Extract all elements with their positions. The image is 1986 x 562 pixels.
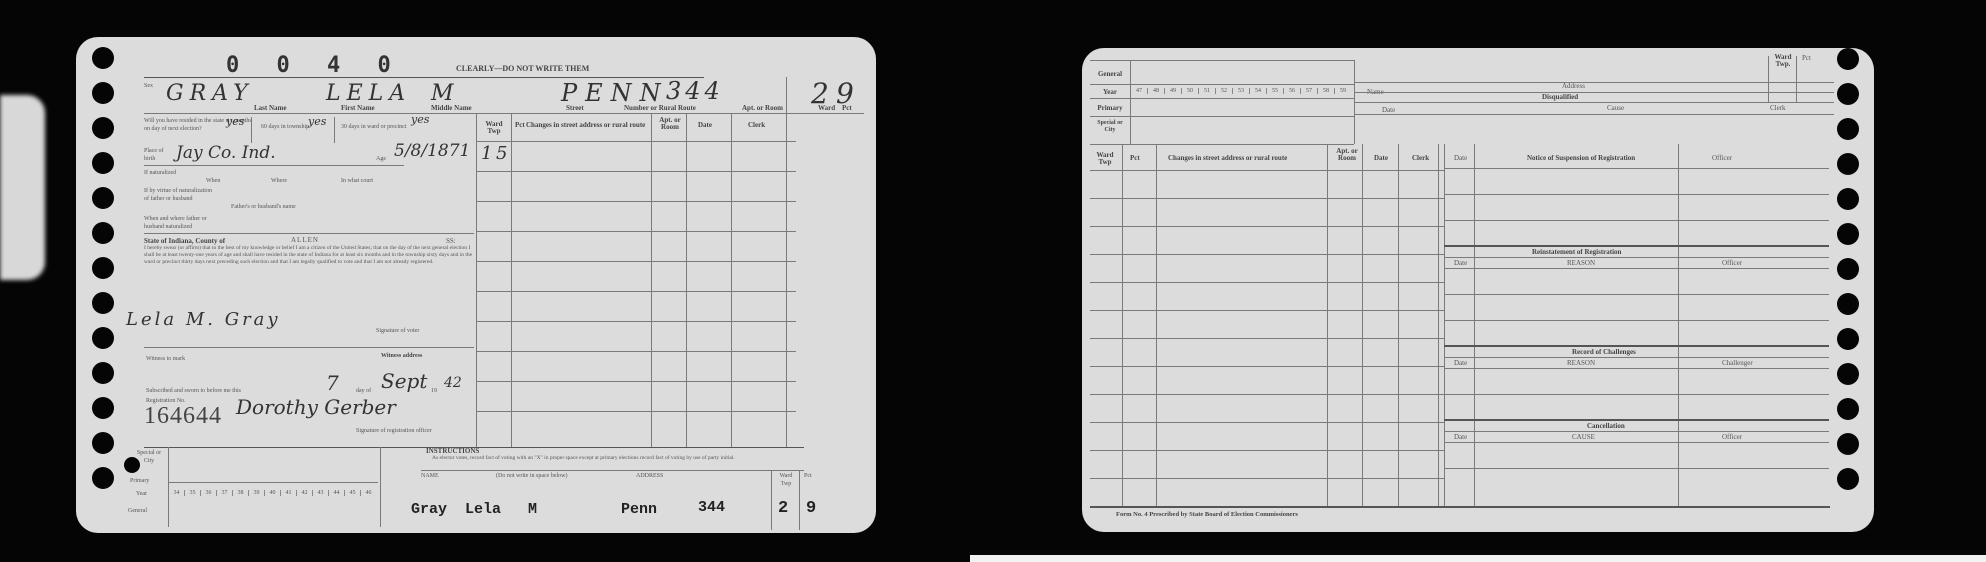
back-changes-header-clerk: Clerk [1412, 154, 1429, 162]
when-label: When [206, 177, 220, 185]
year-cell: 45 [344, 490, 360, 496]
rule [476, 171, 796, 172]
rule [1444, 431, 1829, 432]
divider [380, 447, 381, 527]
grid-label-primary: Primary [130, 477, 149, 485]
grid-label-general: General [128, 507, 147, 515]
grid-label-special: Special or City [134, 449, 164, 465]
back-grid-label-year: Year [1092, 88, 1128, 96]
rule [476, 261, 796, 262]
punch-hole [92, 47, 114, 69]
year-cell: 41 [280, 490, 296, 496]
ward-label: Ward [818, 104, 835, 112]
punch-hole [1837, 118, 1859, 140]
back-changes-header-date: Date [1374, 154, 1388, 162]
back-changes-header-address: Changes in street address or rural route [1168, 154, 1287, 162]
divider [1474, 144, 1475, 506]
footer-ward-label: Ward Twp [776, 472, 796, 488]
changes-header-pct: Pct [515, 121, 525, 129]
changes-row-1-pct: 5 [496, 143, 507, 164]
year-cell: 44 [328, 490, 344, 496]
rule [1090, 226, 1444, 227]
footer-pct-typed: 9 [806, 499, 816, 518]
registration-number: 164644 [144, 403, 222, 430]
back-grid-label-general: General [1092, 70, 1128, 78]
divider [511, 113, 512, 448]
changes-row-1-ward: 1 [481, 143, 492, 164]
punch-hole [92, 222, 114, 244]
back-changes-header-pct: Pct [1130, 154, 1140, 162]
punch-hole [1837, 48, 1859, 70]
divider [1796, 56, 1797, 102]
ward-answer: yes [411, 113, 429, 126]
cancellation-header-officer: Officer [1722, 433, 1742, 441]
year-cell: 53 [1232, 88, 1249, 94]
rule [144, 347, 474, 348]
back-grid-label-special: Special or City [1092, 120, 1128, 134]
punch-hole [92, 467, 114, 489]
footer-name-typed: Gray Lela M [411, 501, 537, 518]
divider [168, 447, 169, 527]
year-cell: 56 [1283, 88, 1300, 94]
number-label: Number or Rural Route [624, 104, 696, 112]
rule [1354, 114, 1834, 115]
rule [1090, 144, 1354, 145]
subscribed-label: Subscribed and sworn to before me this [146, 387, 241, 395]
footer-address-label: ADDRESS [636, 472, 663, 480]
back-address-label: Address [1562, 82, 1585, 90]
rule [1444, 257, 1829, 258]
year-prefix: 19 [431, 387, 437, 395]
cancellation-header-cause: CAUSE [1572, 433, 1595, 441]
rule [476, 321, 796, 322]
challenges-header-challenger: Challenger [1722, 359, 1753, 367]
divider [799, 470, 800, 530]
rule [1444, 194, 1829, 195]
reinstatement-header-officer: Officer [1722, 259, 1742, 267]
challenges-header-reason: REASON [1567, 359, 1595, 367]
punch-hole [92, 327, 114, 349]
header-rule [144, 77, 704, 78]
rule [1090, 338, 1444, 339]
sex-label: Sex [144, 83, 153, 89]
registration-card-back: General Year Primary Special or City 47 … [1082, 48, 1874, 532]
header-stamp: 0 0 4 0 [226, 53, 403, 78]
footer-name-label: NAME [421, 472, 439, 480]
year-cell: 43 [312, 490, 328, 496]
rule [168, 482, 378, 483]
ss-label: SS: [446, 237, 456, 245]
first-name-value: LELA [326, 81, 411, 106]
year-cell: 49 [1164, 88, 1181, 94]
punch-hole [92, 187, 114, 209]
rule [476, 291, 796, 292]
punch-hole [1837, 223, 1859, 245]
rule [1444, 220, 1829, 221]
rule [421, 470, 804, 471]
punch-hole [92, 432, 114, 454]
form-footer: Form No. 4 Prescribed by State Board of … [1116, 511, 1298, 518]
footer-no-write-label: (Do not write in space below) [496, 472, 567, 480]
divider [1768, 56, 1769, 102]
footer-pct-label: Pct [804, 472, 812, 480]
rule [1444, 357, 1829, 358]
rule [476, 381, 796, 382]
rule [144, 113, 864, 114]
rule [476, 231, 796, 232]
father-naturalized-label: When and where father or husband natural… [144, 215, 224, 231]
divider [651, 113, 652, 448]
section-rule [1444, 245, 1829, 247]
year-cell: 50 [1181, 88, 1198, 94]
punch-hole [1837, 258, 1859, 280]
back-changes-header-ward: Ward Twp [1092, 152, 1118, 166]
suspension-header-officer: Officer [1712, 154, 1732, 162]
rule [476, 411, 796, 412]
back-clerk-label: Clerk [1770, 104, 1786, 112]
age-label: Age [376, 155, 386, 163]
year-cell: 59 [1334, 88, 1351, 94]
suspension-header-date: Date [1454, 154, 1467, 162]
punch-hole [92, 292, 114, 314]
changes-header-address: Changes in street address or rural route [526, 121, 645, 129]
rule [144, 233, 474, 234]
challenges-header-date: Date [1454, 359, 1467, 367]
year-cell: 57 [1300, 88, 1317, 94]
rule [1354, 102, 1834, 103]
back-grid-label-primary: Primary [1092, 104, 1128, 112]
punch-hole [1837, 83, 1859, 105]
year-row-front: 34 35 36 37 38 39 40 41 42 43 44 45 46 [168, 490, 376, 496]
year-cell: 58 [1317, 88, 1334, 94]
divider [786, 77, 787, 448]
rule [1090, 394, 1444, 395]
divider [334, 117, 335, 143]
year-cell: 48 [1147, 88, 1164, 94]
rule [1444, 442, 1829, 443]
middle-name-value: M [431, 81, 454, 106]
punch-hole [92, 257, 114, 279]
apt-room-label: Apt. or Room [742, 104, 783, 112]
challenges-title: Record of Challenges [1572, 348, 1636, 356]
punch-hole [1837, 328, 1859, 350]
rule [1444, 320, 1829, 321]
court-label: In what court [341, 177, 373, 185]
punch-hole [92, 117, 114, 139]
rule [1090, 198, 1444, 199]
changes-header-apt: Apt. or Room [656, 117, 684, 131]
back-pct-label: Pct [1802, 54, 1811, 62]
film-edge-strip [970, 555, 1986, 562]
township-answer: yes [308, 115, 326, 128]
rule [1444, 394, 1829, 395]
rule [476, 351, 796, 352]
where-label: Where [271, 177, 287, 185]
footer-number-typed: 344 [698, 499, 725, 516]
back-ward-twp-label: Ward Twp. [1772, 54, 1794, 68]
instructions-title: INSTRUCTIONS [426, 447, 479, 455]
place-of-birth-value: Jay Co. Ind. [176, 143, 276, 163]
year-cell: 39 [248, 490, 264, 496]
year-cell: 51 [1198, 88, 1215, 94]
subscribed-year: 42 [444, 375, 462, 391]
punch-hole [1837, 153, 1859, 175]
subscribed-day: 7 [326, 371, 339, 395]
signature-of-voter-label: Signature of voter [376, 327, 419, 335]
footer-ward-typed: 2 [778, 499, 788, 518]
rule [1090, 478, 1444, 479]
rule [144, 165, 404, 166]
number-value: 344 [666, 77, 724, 105]
reinstatement-title: Reinstatement of Registration [1532, 248, 1621, 256]
parent-naturalization-label: If by virtue of naturalization of father… [144, 187, 214, 203]
year-cell: 40 [264, 490, 280, 496]
voter-signature: Lela M. Gray [126, 309, 281, 330]
father-husband-name-label: Father's or husband's name [231, 203, 296, 211]
rule [1354, 82, 1834, 83]
witness-to-mark-label: Witness to mark [146, 355, 185, 363]
rule [1444, 368, 1829, 369]
reinstatement-header-reason: REASON [1567, 259, 1595, 267]
naturalized-label: If naturalized [144, 169, 194, 177]
divider [771, 470, 772, 530]
rule [1444, 168, 1829, 169]
punch-hole [1837, 433, 1859, 455]
year-cell: 54 [1249, 88, 1266, 94]
rule [1444, 468, 1829, 469]
street-label: Street [566, 104, 584, 112]
rule [1090, 310, 1444, 311]
middle-name-label: Middle Name [431, 104, 472, 112]
year-row-back: 47 48 49 50 51 52 53 54 55 56 57 58 59 [1130, 88, 1351, 94]
last-name-label: Last Name [254, 104, 286, 112]
back-disqualified-label: Disqualified [1542, 93, 1578, 101]
footer-street-typed: Penn [621, 501, 657, 518]
grid-label-year: Year [136, 490, 147, 498]
section-rule [1444, 345, 1829, 347]
back-date-label: Date [1382, 106, 1395, 114]
street-value: PENN [561, 79, 669, 107]
rule [1090, 254, 1444, 255]
year-cell: 38 [232, 490, 248, 496]
punch-hole [1837, 188, 1859, 210]
ward-question: 30 days in ward or precinct [341, 123, 416, 131]
punch-hole [92, 152, 114, 174]
last-name-value: GRAY [166, 81, 254, 106]
changes-header-clerk: Clerk [748, 121, 765, 129]
section-rule [1444, 419, 1829, 421]
cancellation-header-date: Date [1454, 433, 1467, 441]
divider [1444, 144, 1445, 506]
divider [686, 113, 687, 448]
year-cell: 42 [296, 490, 312, 496]
punch-hole [92, 362, 114, 384]
rule [1090, 422, 1444, 423]
punch-hole [1837, 363, 1859, 385]
instructions-text: As elector votes, record fact of voting … [432, 455, 762, 461]
back-changes-header-apt: Apt. or Room [1332, 148, 1362, 162]
year-cell: 55 [1266, 88, 1283, 94]
film-edge-artifact [0, 95, 45, 280]
rule [1444, 268, 1829, 269]
day-of-label: day of [356, 387, 371, 395]
officer-signature-label: Signature of registration officer [356, 427, 432, 435]
rule [1444, 294, 1829, 295]
punch-hole [92, 397, 114, 419]
year-cell: 52 [1215, 88, 1232, 94]
subscribed-month: Sept [381, 369, 427, 393]
year-cell: 36 [200, 490, 216, 496]
divider [251, 117, 252, 143]
year-cell: 35 [184, 490, 200, 496]
pct-label: Pct [842, 104, 852, 112]
witness-address-label: Witness address [381, 353, 422, 359]
rule [1090, 282, 1444, 283]
age-value: 5/8/1871 [394, 141, 470, 161]
suspension-header-notice: Notice of Suspension of Registration [1527, 154, 1635, 162]
divider [731, 113, 732, 448]
year-cell: 47 [1130, 88, 1147, 94]
place-of-birth-label: Place of birth [144, 147, 174, 163]
state-residence-answer: yes [226, 115, 244, 128]
back-cause-label: Cause [1607, 104, 1624, 112]
year-cell: 34 [168, 490, 184, 496]
rule [476, 201, 796, 202]
punch-hole [1837, 398, 1859, 420]
divider [1130, 60, 1131, 144]
rule [1090, 450, 1444, 451]
oath-text: I hereby swear (or affirm) that to the b… [144, 245, 474, 266]
punch-hole [92, 82, 114, 104]
footer-rule [1090, 506, 1830, 508]
registration-card-front: 0 0 4 0 CLEARLY—DO NOT WRITE THEM Sex GR… [76, 37, 876, 533]
punch-hole [1837, 468, 1859, 490]
changes-header-ward: Ward Twp [480, 121, 508, 135]
rule [1090, 366, 1444, 367]
year-cell: 37 [216, 490, 232, 496]
cancellation-title: Cancellation [1587, 422, 1625, 430]
officer-signature: Dorothy Gerber [236, 395, 396, 419]
rule [1354, 92, 1834, 93]
first-name-label: First Name [341, 104, 375, 112]
state-county-label: State of Indiana, County of [144, 237, 225, 245]
divider [1678, 144, 1679, 506]
header-instruction: CLEARLY—DO NOT WRITE THEM [456, 64, 589, 73]
reinstatement-header-date: Date [1454, 259, 1467, 267]
punch-hole [1837, 293, 1859, 315]
rule [1090, 170, 1444, 171]
county-value: ALLEN [291, 236, 319, 244]
changes-header-date: Date [698, 121, 712, 129]
rule [476, 141, 796, 142]
divider [476, 113, 477, 448]
year-cell: 46 [360, 490, 376, 496]
